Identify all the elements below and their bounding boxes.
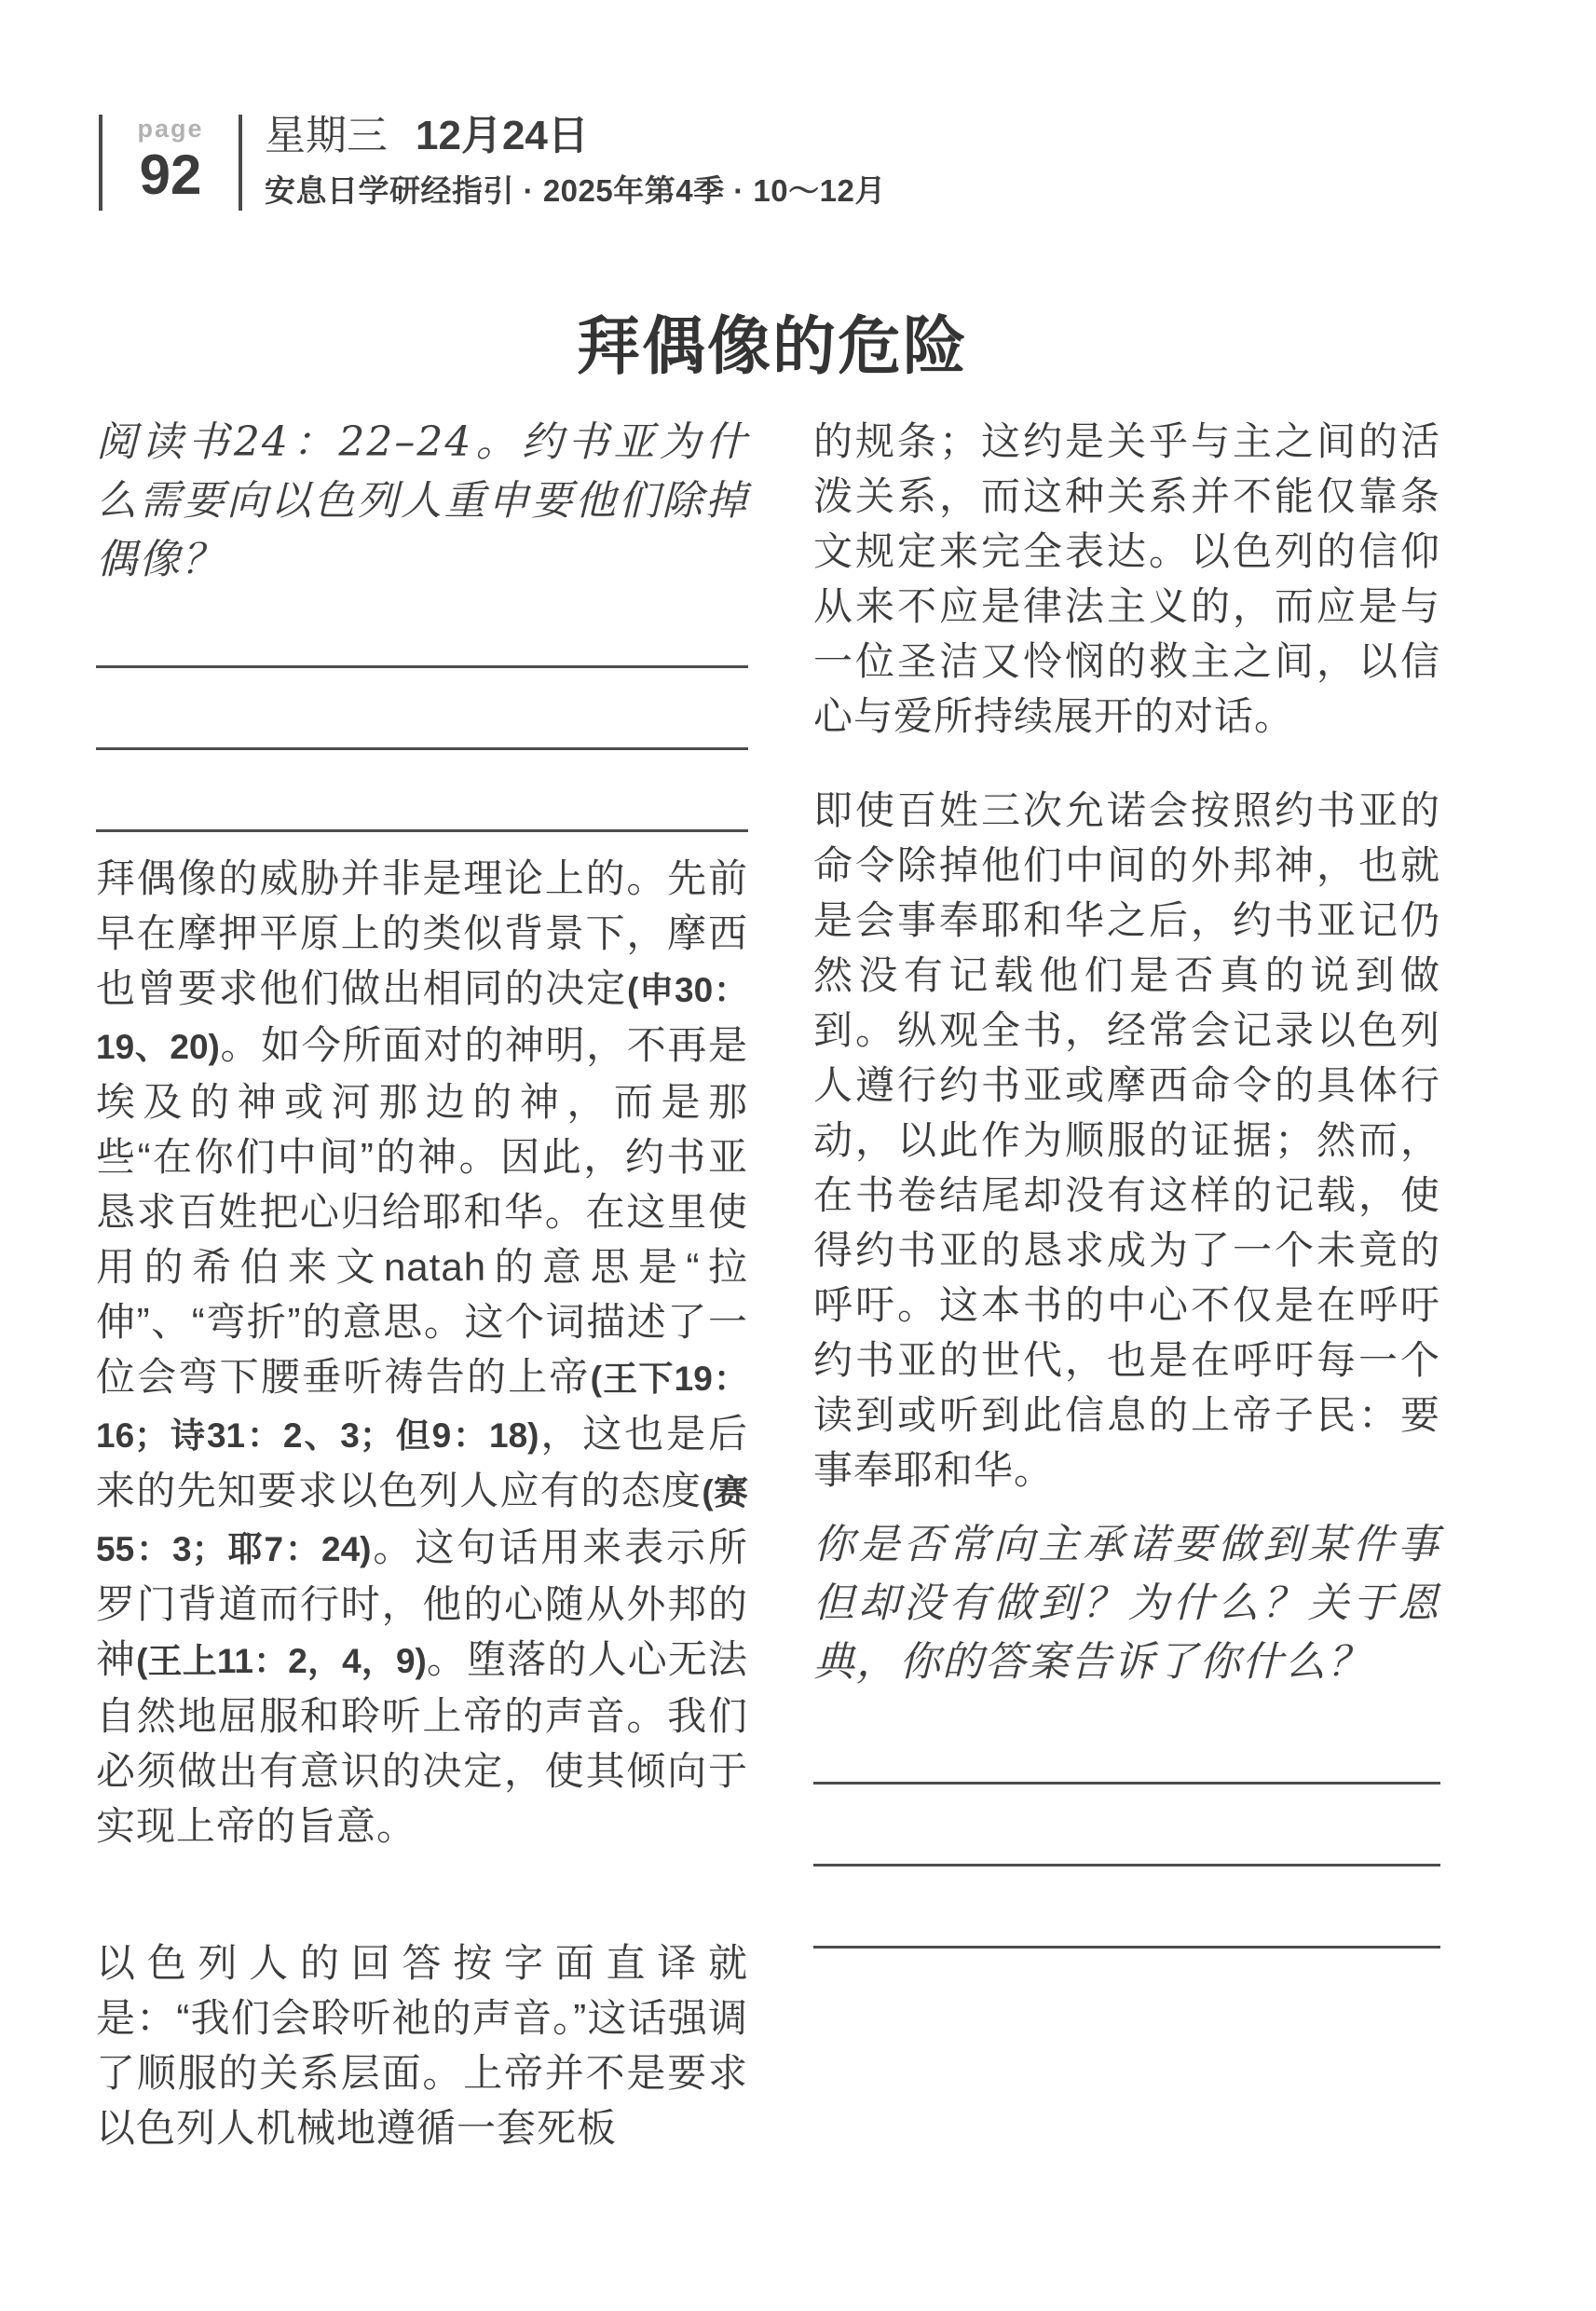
answer-lines-right (813, 1702, 1440, 1949)
writing-line (813, 1785, 1440, 1867)
body-text: 的规条；这约是关乎与主之间的活泼关系，而这种关系并不能仅靠条文规定来完全表达。以… (813, 419, 1440, 738)
scripture-reference: (王上11：2，4，9) (136, 1642, 427, 1680)
body-paragraph-1: 拜偶像的威胁并非是理论上的。先前早在摩押平原上的类似背景下，摩西也曾要求他们做出… (96, 851, 748, 1853)
study-question-left: 阅读书24：22–24。约书亚为什么需要向以色列人重申要他们除掉偶像？ (96, 413, 748, 589)
lesson-page: page 92 星期三12月24日 安息日学研经指引 · 2025年第4季 · … (0, 0, 1596, 2311)
body-paragraph-3: 的规条；这约是关乎与主之间的活泼关系，而这种关系并不能仅靠条文规定来完全表达。以… (813, 414, 1440, 744)
body-text: 以色列人的回答按字面直译就是：“我们会聆听祂的声音。”这话强调了顺服的关系层面。… (96, 1941, 748, 2150)
body-paragraph-4: 即使百姓三次允诺会按照约书亚的命令除掉他们中间的外邦神，也就是会事奉耶和华之后，… (813, 783, 1440, 1497)
writing-line (96, 668, 748, 750)
writing-line (96, 586, 748, 668)
writing-line (813, 1702, 1440, 1785)
left-column: 阅读书24：22–24。约书亚为什么需要向以色列人重申要他们除掉偶像？ 拜偶像的… (96, 0, 748, 2311)
body-paragraph-2: 以色列人的回答按字面直译就是：“我们会聆听祂的声音。”这话强调了顺服的关系层面。… (96, 1935, 748, 2155)
writing-line (96, 750, 748, 832)
answer-lines-left (96, 586, 748, 832)
body-text: 。如今所面对的神明，不再是埃及的神或河那边的神，而是那些“在你们中间”的神。因此… (96, 1023, 748, 1399)
writing-line (813, 1867, 1440, 1949)
study-question-right: 你是否常向主承诺要做到某件事但却没有做到？为什么？关于恩典，你的答案告诉了你什么… (813, 1515, 1440, 1691)
body-text: 即使百姓三次允诺会按照约书亚的命令除掉他们中间的外邦神，也就是会事奉耶和华之后，… (813, 788, 1440, 1492)
right-column: 的规条；这约是关乎与主之间的活泼关系，而这种关系并不能仅靠条文规定来完全表达。以… (813, 0, 1440, 2311)
